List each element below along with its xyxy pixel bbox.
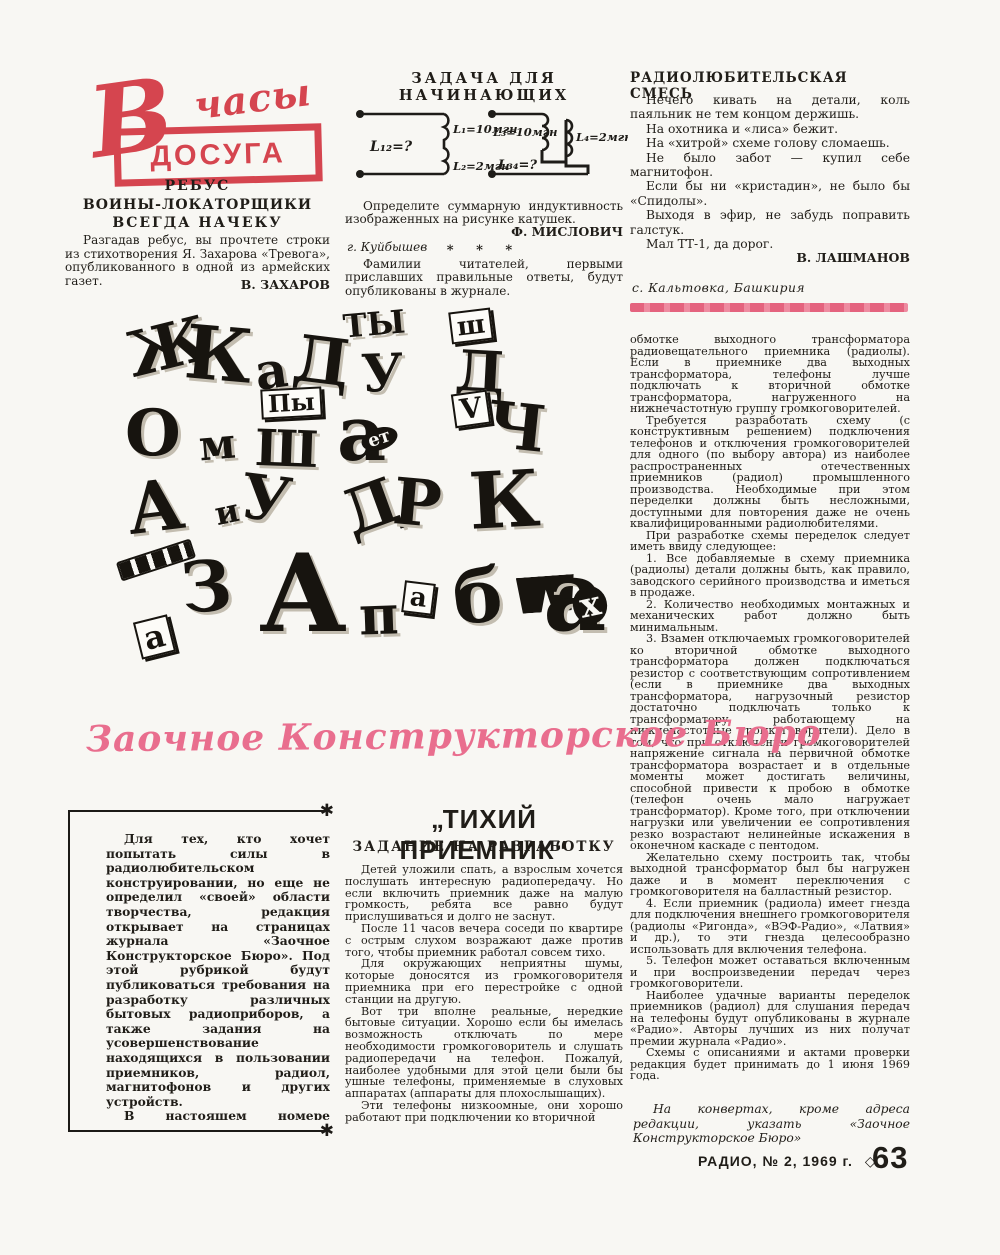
magazine-page: ДОСУГА В часы РЕБУС ВОИНЫ-ЛОКАТОРЩИКИ ВС…: [0, 0, 1000, 1255]
rebus-letter: У: [237, 465, 295, 533]
zkb-script-heading: Заочное Конструкторское Бюро: [86, 714, 631, 761]
mix-item: На охотника и «лиса» бежит.: [630, 122, 910, 136]
leisure-logo-script-v: В: [84, 65, 180, 174]
article-para: обмотке выходного трансформатора радиове…: [630, 334, 910, 415]
announcement-para: Для тех, кто хочет попытать силы в радио…: [106, 832, 330, 1109]
rebus-letter: О: [125, 402, 181, 466]
task-author: Ф. МИСЛОВИЧ: [345, 224, 623, 239]
announcement-box: ✱ ✱ Для тех, кто хочет попытать силы в р…: [68, 810, 326, 1132]
rebus-letter: V: [451, 390, 491, 429]
task-text: Определите суммарную индуктивность изобр…: [345, 200, 623, 227]
rebus-letter: а: [401, 580, 436, 616]
article-para: Наиболее удачные варианты переделок прие…: [630, 990, 910, 1048]
rebus-letter: Р: [390, 470, 444, 538]
rebus-letter: м: [197, 422, 237, 467]
quiet-receiver-body: Детей уложили спать, а взрослым хочется …: [345, 864, 623, 1150]
rebus-title: РЕБУС: [65, 178, 330, 194]
article-para: 2. Количество необходимых монтажных и ме…: [630, 599, 910, 634]
mix-item: Если бы ни «кристадин», не было бы «Спид…: [630, 179, 910, 208]
rebus-letter: А: [123, 469, 188, 545]
article-para: Желательно схему построить так, чтобы вы…: [630, 852, 910, 898]
rebus-letter: Ч: [484, 393, 549, 463]
rebus-letter: ТЫ: [342, 305, 407, 342]
label-l34: L₃₄=?: [497, 158, 537, 173]
rebus-author: В. ЗАХАРОВ: [65, 277, 330, 292]
rebus-letter: б: [450, 558, 504, 635]
envelope-note: На конвертах, кроме адреса редакции, ука…: [633, 1102, 910, 1146]
label-l4: L₄=2мгн: [575, 130, 628, 144]
rebus-letter: п: [358, 587, 399, 642]
article-para: Требуется разработать схему (с конструкт…: [630, 415, 910, 530]
label-l3: L₃=10мгн: [492, 125, 558, 139]
rebus-subtitle-line2: ВСЕГДА НАЧЕКУ: [65, 215, 330, 231]
rebus-illustration: ЖКаДТЫУшДОмПыШаетVЧАиУДРКЗаАпабах: [65, 300, 635, 700]
mix-item: Выходя в эфир, не забудь поправить галст…: [630, 208, 910, 237]
announcement-para: В настоящем номере помещено задание на р…: [106, 1109, 330, 1120]
rebus-letter: К: [182, 315, 256, 395]
quiet-para: Детей уложили спать, а взрослым хочется …: [345, 864, 623, 923]
mix-item: Не было забот — купил себе магнитофон.: [630, 151, 910, 180]
mix-list: Нечего кивать на детали, коль паяльник н…: [630, 93, 910, 251]
footer-page-number: 63: [872, 1140, 908, 1176]
stars-separator: * * *: [345, 243, 623, 258]
quiet-para: После 11 часов вечера соседи по квартире…: [345, 923, 623, 958]
star-icon: ✱: [320, 1121, 334, 1141]
rebus-letter: К: [467, 460, 542, 542]
article-para: 5. Телефон может оставаться включенным и…: [630, 955, 910, 990]
article-para: Схемы с описаниями и актами проверки ред…: [630, 1047, 910, 1082]
coil-circuit-diagram: L₁₂=? L₁=10мгн L₂=2мгн L₃=10мгн L₄=2мгн …: [352, 98, 628, 190]
mix-place: с. Кальтовка, Башкирия: [632, 281, 805, 295]
rebus-letter: Пы: [260, 386, 322, 419]
footer-journal-info: РАДИО, № 2, 1969 г.◇: [698, 1153, 877, 1170]
mix-item: Нечего кивать на детали, коль паяльник н…: [630, 93, 910, 122]
article-para: 1. Все добавляемые в схему приемника (ра…: [630, 553, 910, 599]
mix-item: На «хитрой» схеме голову сломаешь.: [630, 136, 910, 150]
rebus-letter: З: [178, 550, 234, 624]
rebus-letter: А: [259, 540, 347, 648]
article-para: 4. Если приемник (радиола) имеет гнезда …: [630, 898, 910, 956]
pink-divider-bar: [630, 303, 908, 312]
quiet-para: Вот три вполне реальные, нередкие бытовы…: [345, 1006, 623, 1100]
mix-author: В. ЛАШМАНОВ: [630, 250, 910, 265]
footer-journal-text: РАДИО, № 2, 1969 г.: [698, 1153, 853, 1169]
rebus-letter: а: [133, 614, 176, 659]
rebus-subtitle-line1: ВОИНЫ-ЛОКАТОРЩИКИ: [65, 197, 330, 213]
task-note: Фамилии читателей, первыми приславших пр…: [345, 258, 623, 298]
leisure-logo-script-chasy: часы: [192, 69, 314, 128]
announcement-text: Для тех, кто хочет попытать силы в радио…: [106, 832, 330, 1120]
star-icon: ✱: [320, 801, 334, 821]
quiet-receiver-subtitle: ЗАДАНИЕ НА РАЗРАБОТКУ: [345, 839, 623, 855]
quiet-para: Для окружающих неприятны шумы, которые д…: [345, 958, 623, 1005]
label-l12: L₁₂=?: [369, 139, 413, 155]
quiet-receiver-title: „ТИХИЙ ПРИЕМНИК“: [345, 804, 623, 866]
leisure-logo: ДОСУГА В часы: [98, 86, 322, 190]
quiet-para: Эти телефоны низкоомные, они хорошо рабо…: [345, 1100, 623, 1124]
article-para: При разработке схемы переделок следует и…: [630, 530, 910, 553]
